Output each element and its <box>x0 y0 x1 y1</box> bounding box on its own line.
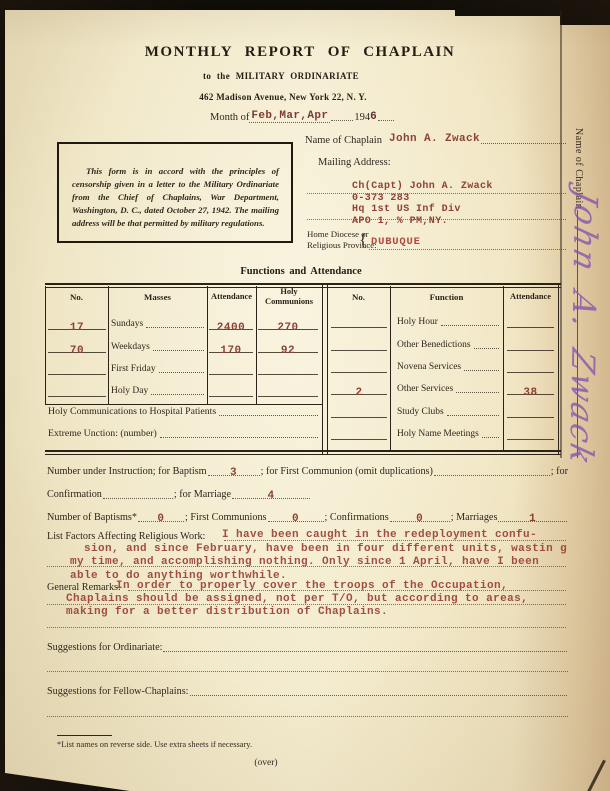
no-value: 17 <box>48 322 106 334</box>
year-leader <box>378 120 394 121</box>
remarks-typed-line-2: Chaplains should be assigned, not per T/… <box>66 593 528 605</box>
leader <box>482 437 499 438</box>
functions-heading: Functions and Attendance <box>0 266 610 277</box>
extreme-unction-row: Extreme Unction: (number) <box>45 426 322 440</box>
first-communion-instruction-label: ; for First Communion (omit duplications… <box>261 465 433 478</box>
marriages-count-field: 1 <box>498 521 567 522</box>
no-cell <box>331 359 387 373</box>
month-value: Feb,Mar,Apr <box>249 110 330 123</box>
masses-row-holy-day: Holy Day <box>45 383 322 397</box>
month-leader <box>331 120 353 121</box>
masses-row-sundays: 17 Sundays 2400 270 <box>45 316 322 330</box>
function-label: Other Benedictions <box>397 339 471 351</box>
baptisms-count-value: 0 <box>138 513 184 525</box>
suggestions-fellow-label: Suggestions for Fellow-Chaplains: <box>47 685 189 698</box>
leader <box>456 392 499 393</box>
scan-edge-left-strip <box>0 9 5 609</box>
function-row-study-clubs: Study Clubs <box>327 404 558 418</box>
function-label: Study Clubs <box>397 406 444 418</box>
no-cell <box>331 337 387 351</box>
scanned-form-page: MONTHLY REPORT OF CHAPLAIN to the MILITA… <box>0 0 610 791</box>
masses-label: Weekdays <box>111 341 150 353</box>
masses-cell: Holy Day <box>111 383 204 397</box>
baptism-instruction-field: 3 <box>208 475 260 476</box>
marriages-count-label: ; Marriages <box>451 511 498 524</box>
marriage-instruction-field: 4 <box>232 498 310 499</box>
left-header-no: No. <box>45 292 108 302</box>
masses-row-first-friday: First Friday <box>45 361 322 375</box>
table-rule-bottom-heavy <box>45 450 561 452</box>
hospital-communions-label: Holy Communications to Hospital Patients <box>48 406 216 418</box>
footnote-text: *List names on reverse side. Use extra s… <box>57 740 252 749</box>
factors-typed-line-1: I have been caught in the redeployment c… <box>222 529 537 541</box>
no-cell: 17 <box>48 316 106 330</box>
no-cell: 2 <box>331 381 387 395</box>
attendance-cell: 38 <box>507 381 554 395</box>
no-cell <box>331 404 387 418</box>
footnote-rule <box>57 735 112 736</box>
form-subtitle: to the MILITARY ORDINARIATE <box>0 71 610 81</box>
first-communions-count-label: ; First Communions <box>185 511 267 524</box>
confirmations-count-value: 0 <box>390 513 450 525</box>
table-rule-bottom-light <box>45 454 561 455</box>
month-label: Month of <box>210 112 249 123</box>
attendance-value: 2400 <box>209 322 253 334</box>
function-row-holy-hour: Holy Hour <box>327 314 558 328</box>
masses-cell: First Friday <box>111 361 204 375</box>
left-header-masses: Masses <box>108 292 207 302</box>
mailing-address-label: Mailing Address: <box>318 157 391 168</box>
form-address: 462 Madison Avenue, New York 22, N. Y. <box>0 92 610 102</box>
suggestions-ordinariate-line: Suggestions for Ordinariate: <box>47 640 568 654</box>
function-label: Holy Hour <box>397 316 438 328</box>
month-line: Month of Feb,Mar,Apr 194 6 <box>210 108 432 123</box>
confirmations-count-label: ; Confirmations <box>325 511 389 524</box>
chaplain-name-line: Name of Chaplain John A. Zwack <box>305 131 567 146</box>
table-rule-top-heavy <box>45 283 561 285</box>
year-printed: 194 <box>354 112 370 123</box>
baptism-instruction-value: 3 <box>208 467 260 479</box>
attendance-cell <box>209 361 253 375</box>
instruction-baptism-label: Number under Instruction; for Baptism <box>47 465 207 478</box>
function-cell: Holy Hour <box>397 314 499 328</box>
instruction-line-2: Confirmation ; for Marriage 4 <box>47 487 339 501</box>
suggestions-fellow-field <box>190 695 568 696</box>
attendance-cell <box>507 404 554 418</box>
masses-row-weekdays: 70 Weekdays 170 92 <box>45 339 322 353</box>
mailing-line-3: Hq 1st US Inf Div <box>352 204 461 215</box>
ruled-line <box>47 627 566 628</box>
suggestions-ordinariate-label: Suggestions for Ordinariate: <box>47 641 162 654</box>
instruction-line1-tail: ; for <box>551 465 568 478</box>
right-header-function: Function <box>390 292 503 302</box>
over-label: (over) <box>0 758 610 768</box>
leader <box>153 350 204 351</box>
attendance-cell <box>507 337 554 351</box>
marriage-instruction-label: ; for Marriage <box>174 488 231 501</box>
leader <box>447 415 499 416</box>
attendance-cell <box>209 383 253 397</box>
confirmation-instruction-label: Confirmation <box>47 488 102 501</box>
leader <box>441 325 499 326</box>
mailing-line-4: APO 1, % PM,NY. <box>352 216 448 227</box>
communions-cell <box>258 383 318 397</box>
ruled-line <box>47 671 568 672</box>
marriages-count-value: 1 <box>498 513 567 525</box>
function-cell: Other Services <box>397 381 499 395</box>
censorship-notice-text: This form is in accord with the principl… <box>72 166 279 228</box>
mailing-line-2: 0-373 283 <box>352 193 410 204</box>
masses-cell: Sundays <box>111 316 204 330</box>
extreme-unction-label: Extreme Unction: (number) <box>48 428 157 440</box>
masses-label: Sundays <box>111 318 143 330</box>
attendance-cell <box>507 359 554 373</box>
function-row-other-services: 2 Other Services 38 <box>327 381 558 395</box>
sacrament-counts-line: Number of Baptisms* 0 ; First Communions… <box>47 510 568 524</box>
function-row-novena-services: Novena Services <box>327 359 558 373</box>
function-cell: Other Benedictions <box>397 337 499 351</box>
chaplain-name-leader <box>481 143 566 144</box>
diocese-value: DUBUQUE <box>371 236 421 248</box>
chaplain-name-value: John A. Zwack <box>389 133 480 145</box>
no-cell <box>331 426 387 440</box>
masses-label: Holy Day <box>111 385 148 397</box>
paper-sheet <box>5 9 610 791</box>
function-label: Other Services <box>397 383 453 395</box>
left-header-communions-2: Communions <box>256 297 322 306</box>
leader <box>146 327 204 328</box>
leader <box>464 370 499 371</box>
communions-cell: 270 <box>258 316 318 330</box>
function-cell: Holy Name Meetings <box>397 426 499 440</box>
confirmations-count-field: 0 <box>390 521 450 522</box>
factors-typed-line-2: sion, and since February, have been in f… <box>84 543 567 555</box>
first-communions-count-value: 0 <box>268 513 324 525</box>
form-title: MONTHLY REPORT OF CHAPLAIN <box>0 44 610 61</box>
leader <box>160 437 318 438</box>
no-cell <box>48 383 106 397</box>
suggestions-fellow-line: Suggestions for Fellow-Chaplains: <box>47 684 568 698</box>
masses-label: First Friday <box>111 363 156 375</box>
masses-cell: Weekdays <box>111 339 204 353</box>
page-crease-line <box>560 10 562 458</box>
year-typed: 6 <box>370 111 377 123</box>
function-row-other-benedictions: Other Benedictions <box>327 337 558 351</box>
confirmation-instruction-field <box>103 498 173 499</box>
first-communion-instruction-field <box>434 475 550 476</box>
chaplain-signature: John A. Zwack <box>562 186 605 471</box>
attendance-value: 38 <box>507 387 554 399</box>
censorship-notice-box: This form is in accord with the principl… <box>57 142 293 243</box>
diocese-brace: { <box>359 230 367 250</box>
remarks-typed-line-3: making for a better distribution of Chap… <box>66 606 388 618</box>
attendance-cell <box>507 426 554 440</box>
hospital-communions-row: Holy Communications to Hospital Patients <box>45 404 322 418</box>
right-header-attendance: Attendance <box>503 292 558 301</box>
baptisms-count-label: Number of Baptisms* <box>47 511 137 524</box>
suggestions-ordinariate-field <box>163 651 567 652</box>
no-cell <box>331 314 387 328</box>
no-value: 2 <box>331 387 387 399</box>
first-communions-count-field: 0 <box>268 521 324 522</box>
attendance-cell: 170 <box>209 339 253 353</box>
mailing-rule-1 <box>307 193 566 194</box>
ruled-line <box>47 716 568 717</box>
function-label: Holy Name Meetings <box>397 428 479 440</box>
factors-label: List Factors Affecting Religious Work: <box>47 530 205 543</box>
communions-value: 270 <box>258 322 318 334</box>
leader <box>474 348 499 349</box>
diocese-rule <box>369 249 566 250</box>
communions-value: 92 <box>258 345 318 357</box>
baptisms-count-field: 0 <box>138 521 184 522</box>
attendance-cell: 2400 <box>209 316 253 330</box>
factors-typed-line-3: my time, and accomplishing nothing. Only… <box>70 556 539 568</box>
mailing-line-1: Ch(Capt) John A. Zwack <box>352 181 493 192</box>
remarks-typed-line-1: In order to properly cover the troops of… <box>116 580 508 592</box>
leader <box>219 415 318 416</box>
no-cell: 70 <box>48 339 106 353</box>
chaplain-name-label: Name of Chaplain <box>305 135 382 146</box>
function-row-holy-name-meetings: Holy Name Meetings <box>327 426 558 440</box>
function-label: Novena Services <box>397 361 461 373</box>
attendance-value: 170 <box>209 345 253 357</box>
communions-cell <box>258 361 318 375</box>
left-header-attendance: Attendance <box>207 292 256 301</box>
scan-edge-top-far-right-block <box>560 0 610 25</box>
function-cell: Novena Services <box>397 359 499 373</box>
instruction-line-1: Number under Instruction; for Baptism 3 … <box>47 464 568 478</box>
marriage-instruction-value: 4 <box>232 490 310 502</box>
attendance-cell <box>507 314 554 328</box>
no-cell <box>48 361 106 375</box>
table-separator-line-a <box>322 283 323 454</box>
function-cell: Study Clubs <box>397 404 499 418</box>
no-value: 70 <box>48 345 106 357</box>
right-header-no: No. <box>327 292 390 302</box>
communions-cell: 92 <box>258 339 318 353</box>
left-header-communions-1: Holy <box>256 287 322 296</box>
leader <box>159 372 204 373</box>
leader <box>151 394 204 395</box>
